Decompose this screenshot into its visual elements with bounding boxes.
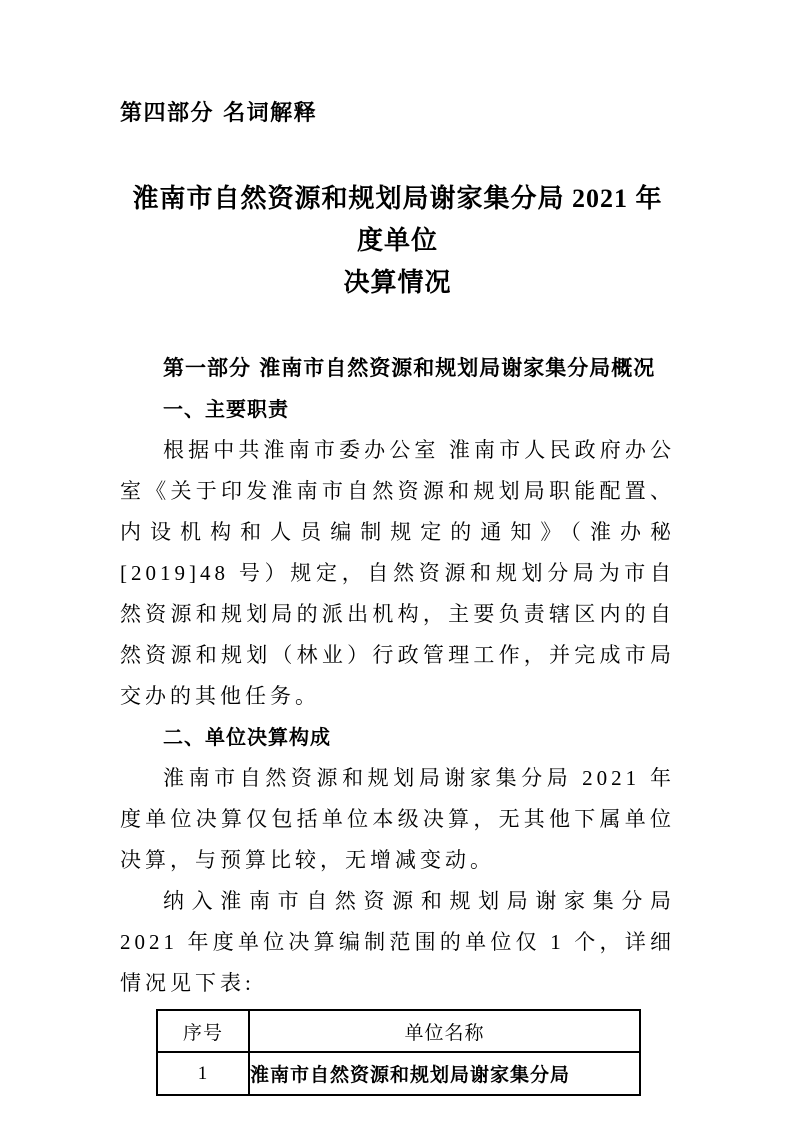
units-table: 序号 单位名称 1 淮南市自然资源和规划局谢家集分局 bbox=[156, 1009, 641, 1096]
units-table-header-unit-name: 单位名称 bbox=[249, 1010, 640, 1052]
units-table-cell-serial: 1 bbox=[157, 1052, 249, 1095]
subsection2-heading-budget-composition: 二、单位决算构成 bbox=[120, 717, 675, 758]
units-table-header-serial: 序号 bbox=[157, 1010, 249, 1052]
document-title-line2: 决算情况 bbox=[120, 262, 675, 304]
paragraph-main-duties: 根据中共淮南市委办公室 淮南市人民政府办公室《关于印发淮南市自然资源和规划局职能… bbox=[120, 430, 675, 717]
document-page: 第四部分 名词解释 淮南市自然资源和规划局谢家集分局 2021 年度单位 决算情… bbox=[0, 0, 793, 1122]
units-table-header-row: 序号 单位名称 bbox=[157, 1010, 640, 1052]
subsection1-heading-main-duties: 一、主要职责 bbox=[120, 389, 675, 430]
units-table-data-row: 1 淮南市自然资源和规划局谢家集分局 bbox=[157, 1052, 640, 1095]
paragraph-budget-scope: 纳入淮南市自然资源和规划局谢家集分局 2021 年度单位决算编制范围的单位仅 1… bbox=[120, 881, 675, 1004]
paragraph-budget-composition: 淮南市自然资源和规划局谢家集分局 2021 年度单位决算仅包括单位本级决算，无其… bbox=[120, 758, 675, 881]
document-title-line1: 淮南市自然资源和规划局谢家集分局 2021 年度单位 bbox=[120, 178, 675, 262]
part4-heading: 第四部分 名词解释 bbox=[120, 98, 675, 130]
units-table-cell-unit-name: 淮南市自然资源和规划局谢家集分局 bbox=[249, 1052, 640, 1095]
section1-heading: 第一部分 淮南市自然资源和规划局谢家集分局概况 bbox=[120, 348, 675, 389]
document-title: 淮南市自然资源和规划局谢家集分局 2021 年度单位 决算情况 bbox=[120, 178, 675, 304]
